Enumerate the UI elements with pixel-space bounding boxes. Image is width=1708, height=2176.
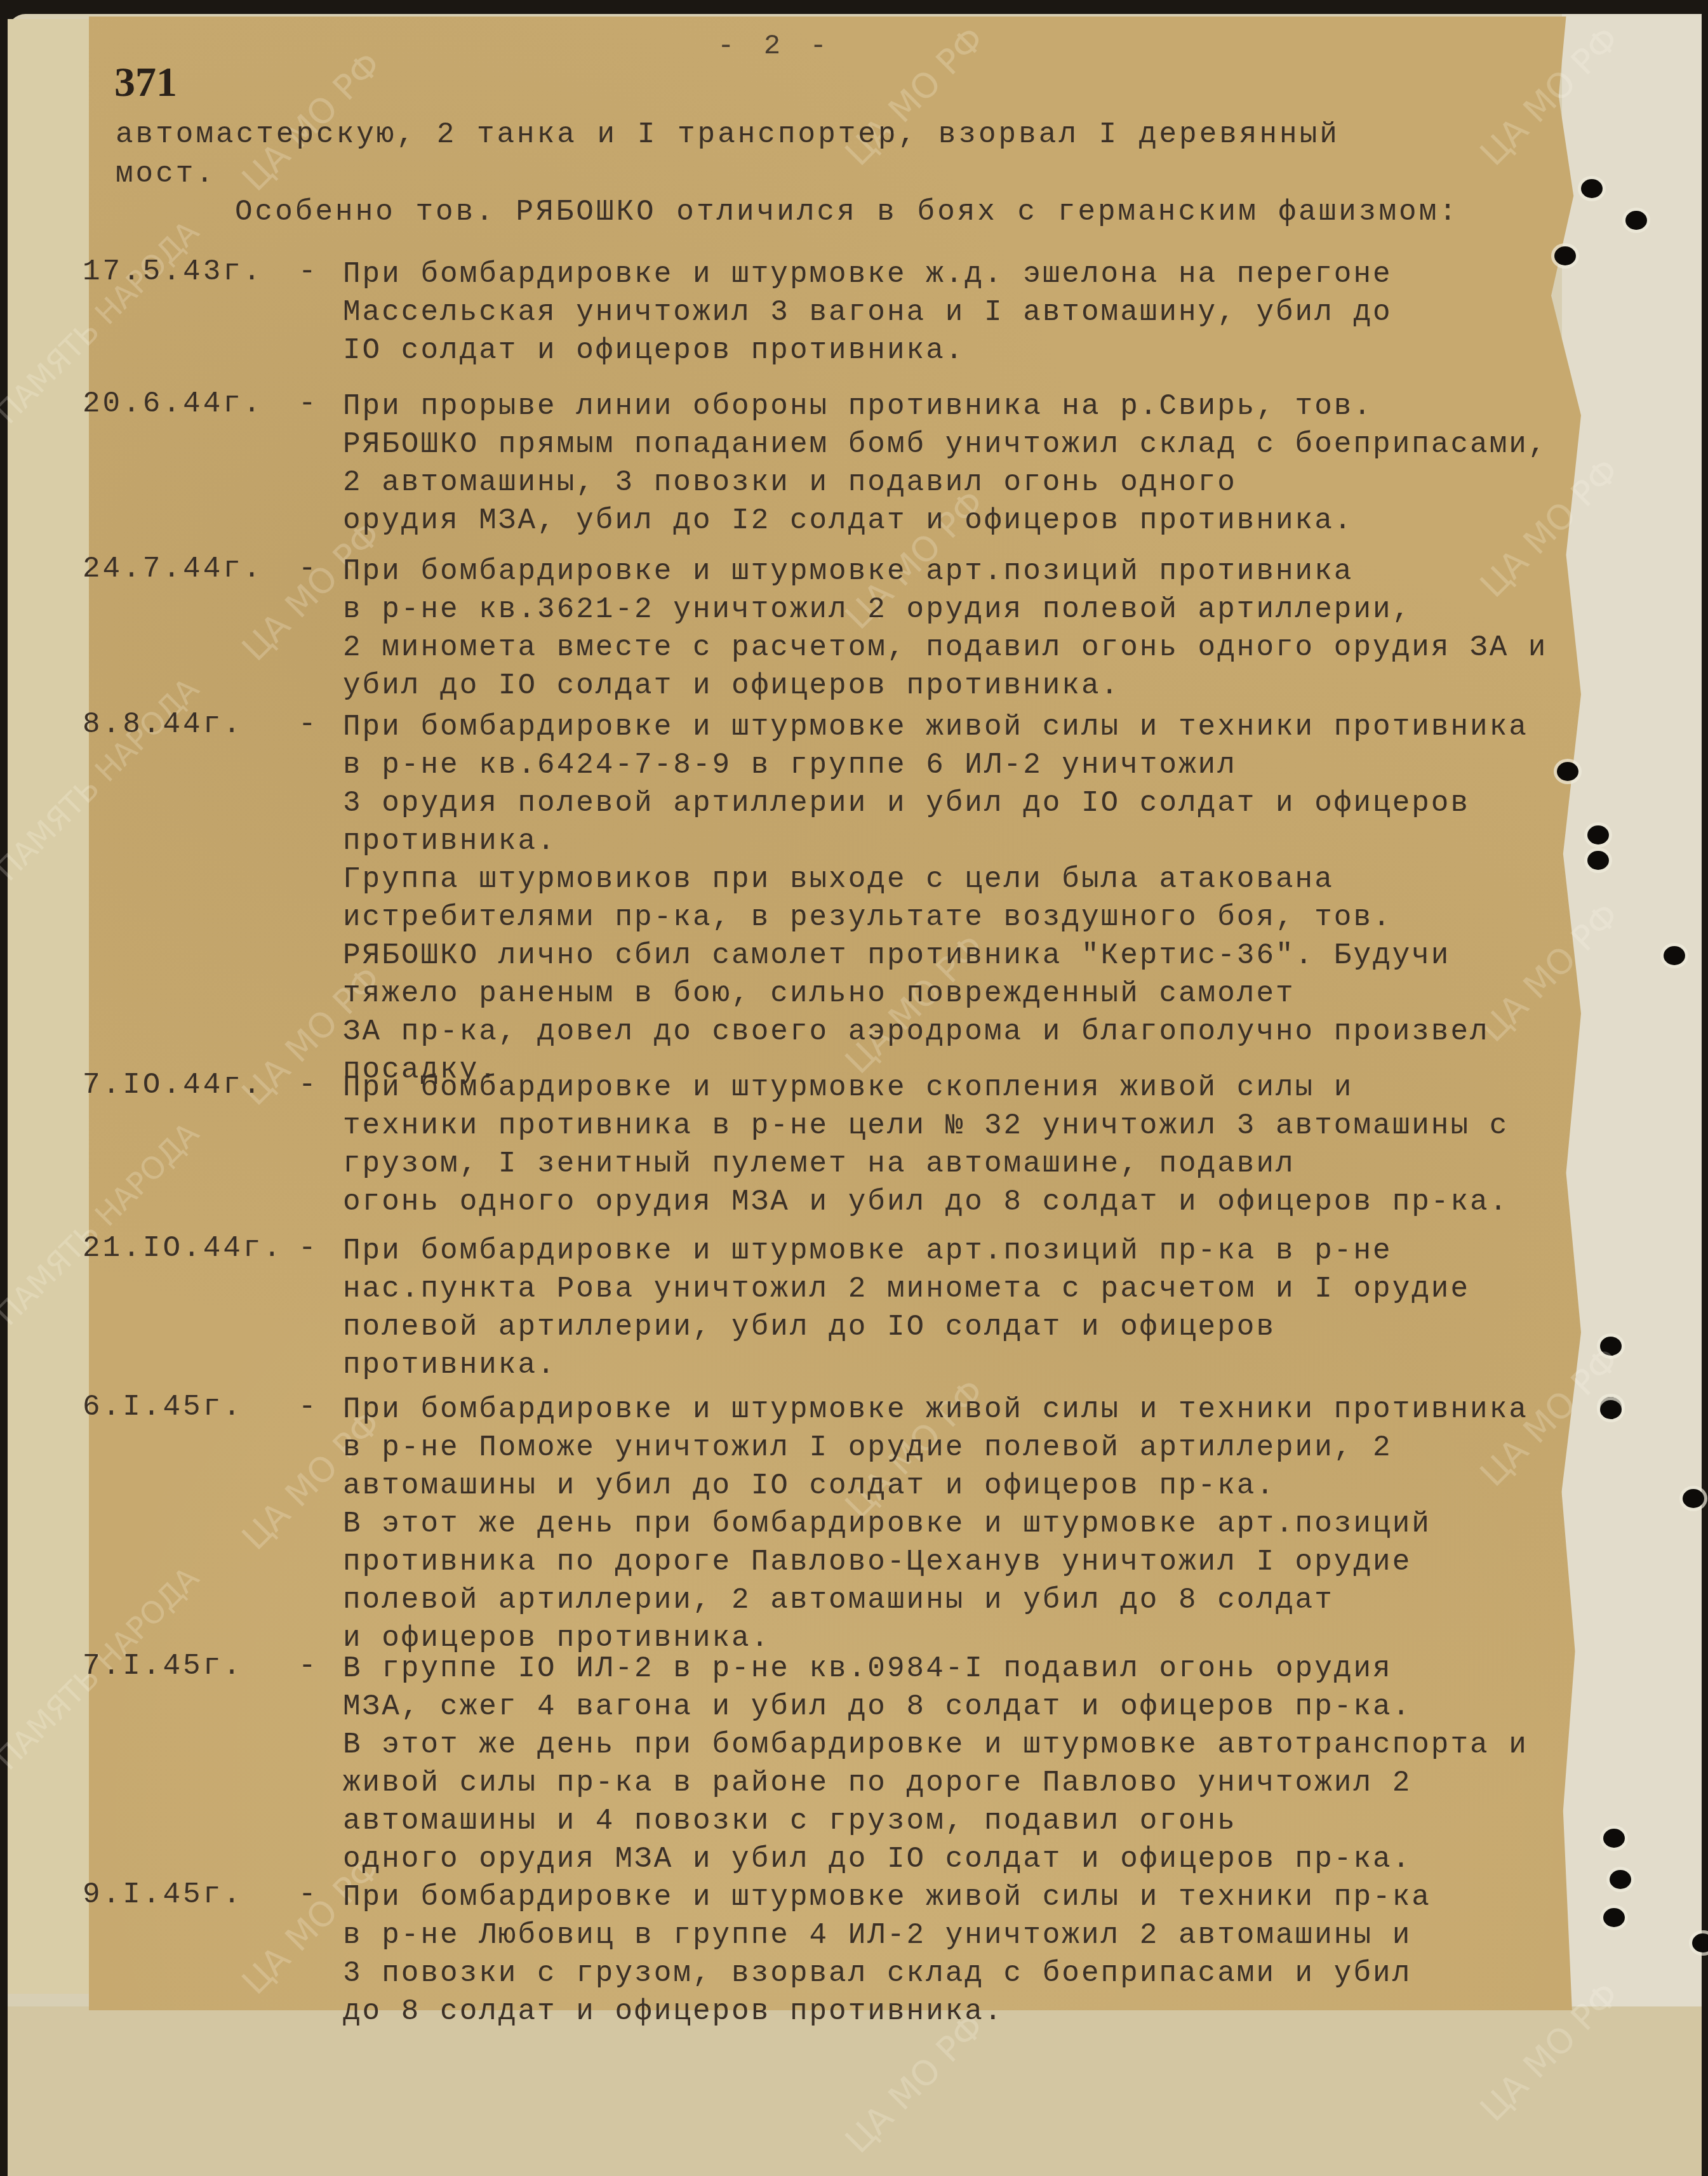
entry-text: При бомбардировке и штурмовке скопления … bbox=[343, 1069, 1549, 1221]
entry-date: 17.5.43г. bbox=[83, 255, 263, 288]
entry-date: 7.IO.44г. bbox=[83, 1069, 263, 1102]
entry-text: При бомбардировке и штурмовке арт.позици… bbox=[343, 552, 1549, 705]
entry-text: При бомбардировке и штурмовке живой силы… bbox=[343, 1391, 1549, 1657]
entry-text: При бомбардировке и штурмовке арт.позици… bbox=[343, 1232, 1549, 1384]
entry-date: 8.8.44г. bbox=[83, 708, 243, 741]
entry-dash: - bbox=[298, 1069, 316, 1102]
entry-dash: - bbox=[298, 552, 316, 585]
entry-date: 7.I.45г. bbox=[83, 1650, 243, 1683]
entry-text: При бомбардировке и штурмовке ж.д. эшело… bbox=[343, 255, 1549, 370]
archive-number: 371 bbox=[114, 58, 177, 107]
intro-line-1: автомастерскую, 2 танка и I транспортер,… bbox=[116, 118, 1340, 151]
intro-line-2: мост. bbox=[116, 157, 216, 190]
entry-date: 21.IO.44г. bbox=[83, 1232, 283, 1265]
entry-date: 9.I.45г. bbox=[83, 1878, 243, 1911]
entry-text: При прорыве линии обороны противника на … bbox=[343, 387, 1549, 540]
entry-dash: - bbox=[298, 255, 316, 288]
entry-dash: - bbox=[298, 1232, 316, 1265]
entry-date: 6.I.45г. bbox=[83, 1391, 243, 1424]
entry-date: 24.7.44г. bbox=[83, 552, 263, 585]
entry-dash: - bbox=[298, 708, 316, 741]
intro-line-3: Особенно тов. РЯБОШКО отличился в боях с… bbox=[235, 196, 1459, 229]
entry-text: При бомбардировке и штурмовке живой силы… bbox=[343, 708, 1549, 1089]
entry-dash: - bbox=[298, 1878, 316, 1911]
page-marker: - 2 - bbox=[717, 30, 833, 62]
entry-dash: - bbox=[298, 1391, 316, 1424]
document-content: - 2 - 371 автомастерскую, 2 танка и I тр… bbox=[0, 0, 1708, 2176]
entry-text: При бомбардировке и штурмовке живой силы… bbox=[343, 1878, 1549, 2031]
entry-dash: - bbox=[298, 387, 316, 420]
entry-text: В группе IO ИЛ-2 в р-не кв.0984-I подави… bbox=[343, 1650, 1549, 1878]
entry-dash: - bbox=[298, 1650, 316, 1683]
entry-date: 20.6.44г. bbox=[83, 387, 263, 420]
